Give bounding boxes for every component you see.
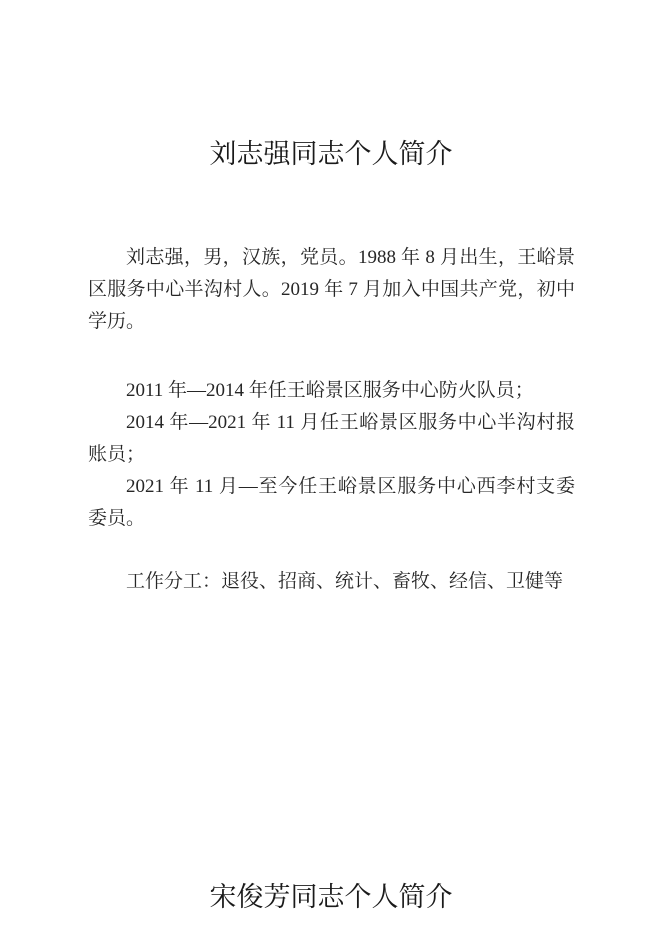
career-item: 2014 年—2021 年 11 月任王峪景区服务中心半沟村报账员； [88, 407, 575, 471]
work-division-paragraph: 工作分工：退役、招商、统计、畜牧、经信、卫健等 [88, 566, 575, 598]
section-title-song: 宋俊芳同志个人简介 [0, 881, 662, 913]
career-item: 2021 年 11 月—至今任王峪景区服务中心西李村支委委员。 [88, 471, 575, 535]
section-body-liu: 刘志强，男，汉族，党员。1988 年 8 月出生，王峪景区服务中心半沟村人。20… [88, 242, 575, 598]
document-page: 刘志强同志个人简介 刘志强，男，汉族，党员。1988 年 8 月出生，王峪景区服… [0, 0, 662, 936]
career-history: 2011 年—2014 年任王峪景区服务中心防火队员； 2014 年—2021 … [88, 375, 575, 535]
intro-paragraph: 刘志强，男，汉族，党员。1988 年 8 月出生，王峪景区服务中心半沟村人。20… [88, 242, 575, 338]
career-item: 2011 年—2014 年任王峪景区服务中心防火队员； [88, 375, 575, 407]
section-title-liu: 刘志强同志个人简介 [0, 138, 662, 170]
